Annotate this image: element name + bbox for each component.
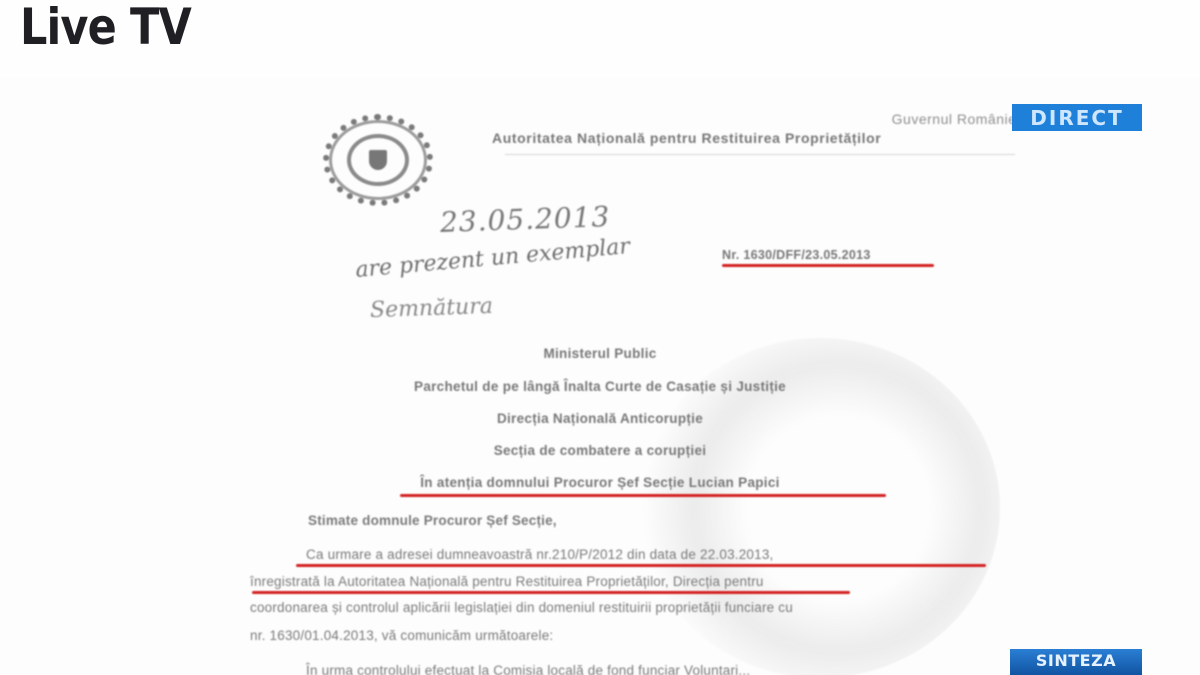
handwritten-signature: Semnătura <box>370 294 494 323</box>
body-line: înregistrată la Autoritatea Națională pe… <box>250 574 764 589</box>
highlight-underline <box>722 264 934 267</box>
authority-header: Autoritatea Națională pentru Restituirea… <box>492 130 881 146</box>
header-divider <box>505 154 1015 155</box>
highlight-underline <box>296 564 986 567</box>
addressee-attention: În atenția domnului Procuror Șef Secție … <box>300 475 900 490</box>
body-line: nr. 1630/01.04.2013, vă comunicăm următo… <box>250 628 553 643</box>
video-player[interactable]: Guvernul României Autoritatea Națională … <box>0 78 1200 675</box>
body-line: coordonarea și controlul aplicării legis… <box>250 600 793 615</box>
coat-of-arms-icon <box>369 150 387 170</box>
highlight-underline <box>400 494 886 497</box>
body-line: În urma controlului efectuat la Comisia … <box>306 663 750 675</box>
handwritten-date: 23.05.2013 <box>439 200 610 239</box>
live-badge: DIRECT <box>1012 104 1142 131</box>
page-title: Live TV <box>20 0 191 58</box>
reference-number: Nr. 1630/DFF/23.05.2013 <box>722 248 871 262</box>
government-header: Guvernul României <box>840 111 1020 127</box>
seal-icon <box>323 114 433 206</box>
addressee-line: Secția de combatere a corupției <box>300 443 900 458</box>
highlight-underline <box>252 591 850 594</box>
document-scan: Guvernul României Autoritatea Națională … <box>0 78 1200 675</box>
channel-logo: SINTEZA <box>1010 649 1142 675</box>
live-tv-page: Live TV Guvernul României Autoritatea Na… <box>0 0 1200 675</box>
addressee-line: Direcția Națională Anticorupție <box>300 411 900 426</box>
body-line: Ca urmare a adresei dumneavoastră nr.210… <box>306 547 774 562</box>
addressee-line: Ministerul Public <box>300 346 900 361</box>
salutation: Stimate domnule Procuror Șef Secție, <box>308 513 557 528</box>
handwritten-note: are prezent un exemplar <box>354 234 630 283</box>
addressee-line: Parchetul de pe lângă Înalta Curte de Ca… <box>300 379 900 394</box>
